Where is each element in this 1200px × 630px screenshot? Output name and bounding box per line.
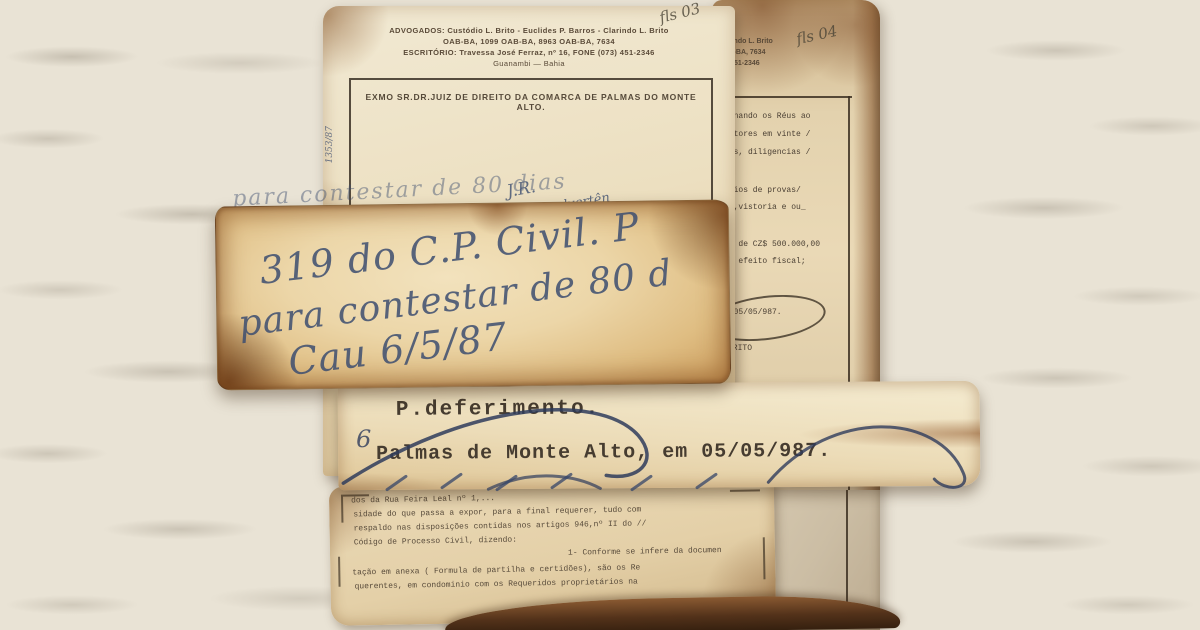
letterhead-lawyers: ADVOGADOS: Custódio L. Brito - Euclides … xyxy=(323,26,735,35)
document-collage: Clarindo L. Brito OAB-BA, 7634 73) 451-2… xyxy=(0,0,1200,630)
typed-line: or de CZ$ 500.000,00 xyxy=(724,240,820,249)
letterhead-office: ESCRITÓRIO: Travessa José Ferraz, nº 16,… xyxy=(323,48,735,57)
body-line: respaldo nas disposições contidas nos ar… xyxy=(353,519,646,533)
magnified-strip-handwriting: 319 do C.P. Civil. P para contestar de 8… xyxy=(215,199,732,390)
typed-line: tas, diligencias / xyxy=(724,148,810,157)
addressee-heading: EXMO SR.DR.JUIZ DE DIREITO DA COMARCA DE… xyxy=(351,92,711,112)
typed-line: Autores em vinte / xyxy=(724,130,810,139)
page-number-note: fls 03 xyxy=(658,0,703,27)
letterhead-city: Guanambi — Bahia xyxy=(323,59,735,68)
body-line: dos da Rua Feira Leal nº 1,... xyxy=(351,494,495,506)
body-line: sidade do que passa a expor, para a fina… xyxy=(353,505,641,519)
typed-line: meios de provas/ xyxy=(724,186,801,195)
typed-line: al,vistoria e ou_ xyxy=(724,203,806,212)
frame-tick xyxy=(341,495,343,523)
body-line: 1- Conforme se infere da documen xyxy=(568,546,722,558)
frame-tick xyxy=(763,537,766,579)
typed-line: ra efeito fiscal; xyxy=(724,257,806,266)
body-line: querentes, em condominio com os Requerid… xyxy=(354,578,637,592)
letterhead-oab-numbers: OAB-BA, 1099 OAB-BA, 8963 OAB-BA, 7634 xyxy=(323,37,735,46)
typed-line: denando os Réus ao xyxy=(724,112,810,121)
frame-tick xyxy=(338,557,341,587)
body-line: Código de Processo Civil, dizendo: xyxy=(354,536,517,548)
margin-case-number: 1353/87 xyxy=(325,126,335,163)
magnified-strip-deferimento: 6 P.deferimento. Palmas de Monte Alto, e… xyxy=(338,381,981,490)
frame-border-top xyxy=(726,96,852,98)
page-number-note: fls 04 xyxy=(795,22,839,48)
body-line: tação em anexa ( Formula de partilha e c… xyxy=(352,563,640,577)
frame-tick xyxy=(730,489,760,492)
signature-flourish-icon xyxy=(338,381,981,490)
